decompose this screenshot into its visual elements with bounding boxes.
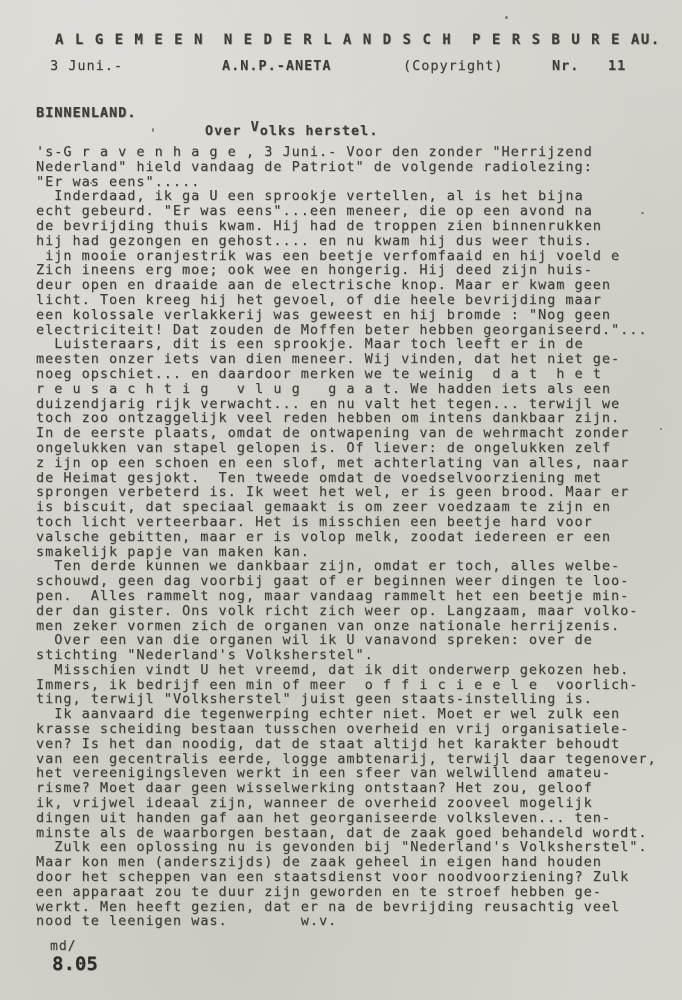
text-line: krasse scheiding bestaan tusschen overhe…: [36, 722, 676, 737]
text-line: de bevrijding thuis kwam. Hij had de tro…: [36, 219, 676, 234]
text-line: valsche gebitten, maar er is volop melk,…: [36, 530, 676, 545]
text-line: Nederland" hield vandaag de Patriot" de …: [36, 160, 676, 175]
text-line: de Heimat gesjokt. Ten tweede omdat de v…: [36, 471, 676, 486]
handwritten-number: 8.05: [52, 953, 98, 975]
text-line: Over een van die organen wil ik U vanavo…: [36, 633, 676, 648]
text-line: z ijn op een schoen en een slof, met ach…: [36, 456, 676, 471]
text-line: meesten onzer iets van dien meneer. Wij …: [36, 352, 676, 367]
text-line: ting, terwijl "Volksherstel" juist geen …: [36, 692, 676, 707]
section-label: BINNENLAND.: [36, 105, 136, 121]
text-line: risme? Moet daar geen wisselwerking onts…: [36, 781, 676, 796]
text-line: Misschien vindt U het vreemd, dat ik dit…: [36, 663, 676, 678]
scan-speck: [505, 16, 508, 19]
text-line: 's-G r a v e n h a g e , 3 Juni.- Voor d…: [36, 145, 676, 160]
scan-speck: [152, 128, 154, 132]
text-line: smakelijk papje van maken kan.: [36, 545, 676, 560]
text-line: electriciteit! Dat zouden de Moffen bete…: [36, 323, 676, 338]
text-line: pen. Alles rammelt nog, maar vandaag ram…: [36, 589, 676, 604]
scan-speck: [641, 212, 644, 214]
document-page: A L G E M E E N N E D E R L A N D S C H …: [0, 0, 682, 1000]
text-line: In de eerste plaats, omdat de ontwapenin…: [36, 426, 676, 441]
text-line: ik, vrijwel ideaal zijn, wanneer de over…: [36, 796, 676, 811]
text-line: door het scheppen van een staatsdienst v…: [36, 870, 676, 885]
text-line: deur open en draaide aan de electrische …: [36, 278, 676, 293]
article-heading-raised-letter: V: [251, 119, 260, 135]
text-line: Immers, ik bedrijf een min of meer o f f…: [36, 678, 676, 693]
text-line: noeg opschiet... en daardoor merken we t…: [36, 367, 676, 382]
text-line: hij had gezongen en gehost.... en nu kwa…: [36, 234, 676, 249]
typist-initials: md/: [50, 939, 76, 954]
text-line: ven? Is het dan noodig, dat de staat alt…: [36, 737, 676, 752]
text-line: van een gecentralis eerde, logge ambtena…: [36, 752, 676, 767]
article-heading: Over Volks herstel.: [205, 123, 378, 139]
issue-number-value: 11: [608, 58, 626, 74]
text-line: ijn mooie oranjestrik was een beetje ver…: [36, 249, 676, 264]
copyright-notice: (Copyright): [403, 58, 503, 74]
text-line: der dan gister. Ons volk richt zich weer…: [36, 604, 676, 619]
text-line: nood te leenigen was. w.v.: [36, 914, 676, 929]
agency-name: A.N.P.-ANETA: [222, 58, 332, 74]
text-line: Maar kon men (anderszijds) de zaak gehee…: [36, 855, 676, 870]
article-heading-pre: Over: [205, 123, 251, 139]
text-line: stichting "Nederland's Volksherstel".: [36, 648, 676, 663]
text-line: Ten derde kunnen we dankbaar zijn, omdat…: [36, 559, 676, 574]
text-line: is biscuit, dat speciaal gemaakt is om z…: [36, 500, 676, 515]
text-line: echt gebeurd. "Er was eens"...een meneer…: [36, 204, 676, 219]
text-line: licht. Toen kreeg hij het gevoel, of die…: [36, 293, 676, 308]
text-line: ongelukken van stapel gelopen is. Of lie…: [36, 441, 676, 456]
scan-speck: [90, 182, 92, 184]
scan-speck: [660, 428, 662, 430]
text-line: Inderdaad, ik ga U een sprookje vertelle…: [36, 189, 676, 204]
press-bureau-title: A L G E M E E N N E D E R L A N D S C H …: [55, 32, 661, 48]
text-line: schouwd, geen dag voorbij gaat of er beg…: [36, 574, 676, 589]
text-line: Zulk een oplossing nu is gevonden bij "N…: [36, 840, 676, 855]
date: 3 Juni.-: [50, 58, 123, 74]
text-line: dingen uit handen gaf aan het georganise…: [36, 811, 676, 826]
text-line: toch zoo ontzaggelijk veel reden hebben …: [36, 411, 676, 426]
text-line: sprongen verbeterd is. Ik weet het wel, …: [36, 485, 676, 500]
text-line: men zeker vormen zich de organen van onz…: [36, 619, 676, 634]
issue-number-label: Nr.: [552, 58, 579, 74]
article-body: 's-G r a v e n h a g e , 3 Juni.- Voor d…: [36, 145, 676, 929]
text-line: een kolossale verlakkerij was geweest en…: [36, 308, 676, 323]
text-line: Ik aanvaard die tegenwerping echter niet…: [36, 707, 676, 722]
text-line: Zich ineens erg moe; ook wee en hongerig…: [36, 263, 676, 278]
text-line: Luisteraars, dit is een sprookje. Maar t…: [36, 337, 676, 352]
text-line: werkt. Men heeft gezien, dat er na de be…: [36, 900, 676, 915]
text-line: het vereenigingsleven werkt in een sfeer…: [36, 766, 676, 781]
text-line: r e u s a c h t i g v l u g g a a t. We …: [36, 382, 676, 397]
text-line: minste als de waarborgen bestaan, dat de…: [36, 826, 676, 841]
text-line: duizendjarig rijk verwacht... en nu valt…: [36, 397, 676, 412]
scan-speck: [612, 843, 614, 846]
article-heading-post: olks herstel.: [260, 123, 379, 139]
text-line: toch licht verteerbaar. Het is misschien…: [36, 515, 676, 530]
text-line: "Er was eens".....: [36, 175, 676, 190]
text-line: een apparaat zou te duur zijn geworden e…: [36, 885, 676, 900]
